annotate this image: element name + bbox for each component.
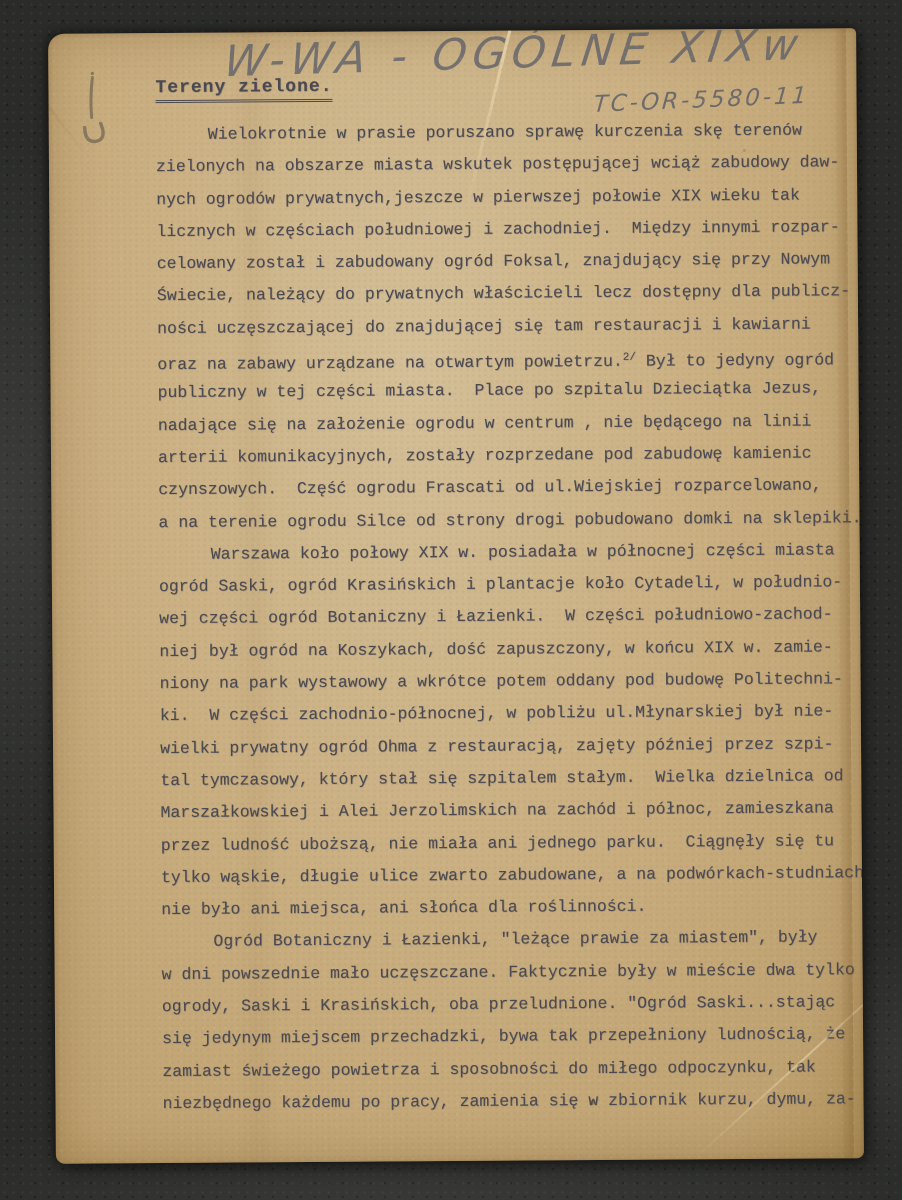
typed-line: nie było ani miejsca, ani słońca dla roś… — [161, 889, 864, 926]
typed-line: nych ogrodów prywatnych,jeszcze w pierws… — [156, 179, 859, 216]
typed-line: ogrody, Saski i Krasińskich, oba przelud… — [162, 986, 864, 1023]
typed-line: czynszowych. Część ogrodu Frascati od ul… — [158, 469, 861, 506]
typed-line: przez ludność uboższą, nie miała ani jed… — [161, 825, 864, 862]
typed-line: Warszawa koło połowy XIX w. posiadała w … — [159, 534, 862, 571]
typed-line: ogród Saski, ogród Krasińskich i plantac… — [159, 566, 862, 603]
pencil-mark — [76, 71, 113, 157]
leather-desk-background: { "document": { "handwritten": { "header… — [0, 0, 902, 1200]
typed-line: niezbędnego każdemu po pracy, zamienia s… — [162, 1083, 864, 1120]
document-title: Tereny zielone. — [155, 78, 332, 103]
typed-line: a na terenie ogrodu Silce od strony drog… — [158, 502, 861, 539]
typed-line: tylko wąskie, długie ulice zwarto zabudo… — [161, 857, 864, 894]
typed-line: oraz na zabawy urządzane na otwartym pow… — [157, 340, 860, 377]
typed-line: ności uczęszczającej do znajdującej się … — [157, 308, 860, 345]
typed-line: Marszałkowskiej i Alei Jerzolimskich na … — [160, 792, 863, 829]
typed-line: zielonych na obszarze miasta wskutek pos… — [156, 146, 859, 183]
typed-line: Ogród Botaniczny i Łazienki, "leżące pra… — [161, 922, 864, 959]
typed-line: Wielokrotnie w prasie poruszano sprawę k… — [156, 114, 859, 151]
typed-line: publiczny w tej części miasta. Place po … — [157, 373, 860, 410]
typed-line: Świecie, należący do prywatnych właścici… — [157, 276, 860, 313]
typed-line: nadające się na założenie ogrodu w centr… — [158, 405, 861, 442]
handwritten-reference-number: TC-OR-5580-11 — [593, 83, 811, 118]
typed-body: Wielokrotnie w prasie poruszano sprawę k… — [156, 114, 864, 1120]
typed-line: licznych w częściach południowej i zacho… — [156, 211, 859, 248]
typed-line: niej był ogród na Koszykach, dość zapusz… — [159, 631, 862, 668]
document-page: W-WA - OGÓLNE XIXw TC-OR-5580-11 Tereny … — [48, 28, 864, 1164]
typed-line: niony na park wystawowy a wkrótce potem … — [159, 663, 862, 700]
typed-line: arterii komunikacyjnych, zostały rozprze… — [158, 437, 861, 474]
typed-line: się jedynym miejscem przechadzki, bywa t… — [162, 1018, 864, 1055]
document-title-text: Tereny zielone. — [155, 78, 332, 103]
typed-line: zamiast świeżego powietrza i sposobności… — [162, 1051, 864, 1088]
typed-line: celowany został i zabudowany ogród Foksa… — [157, 243, 860, 280]
footnote-marker: 2/ — [623, 352, 636, 364]
typed-line: tal tymczasowy, który stał się szpitalem… — [160, 760, 863, 797]
typed-line: ki. W części zachodnio-północnej, w pobl… — [160, 696, 863, 733]
typed-line: wej części ogród Botaniczny i Łazienki. … — [159, 599, 862, 636]
typed-line: w dni powszednie mało uczęszczane. Fakty… — [162, 954, 864, 991]
typed-line: wielki prywatny ogród Ohma z restauracją… — [160, 728, 863, 765]
